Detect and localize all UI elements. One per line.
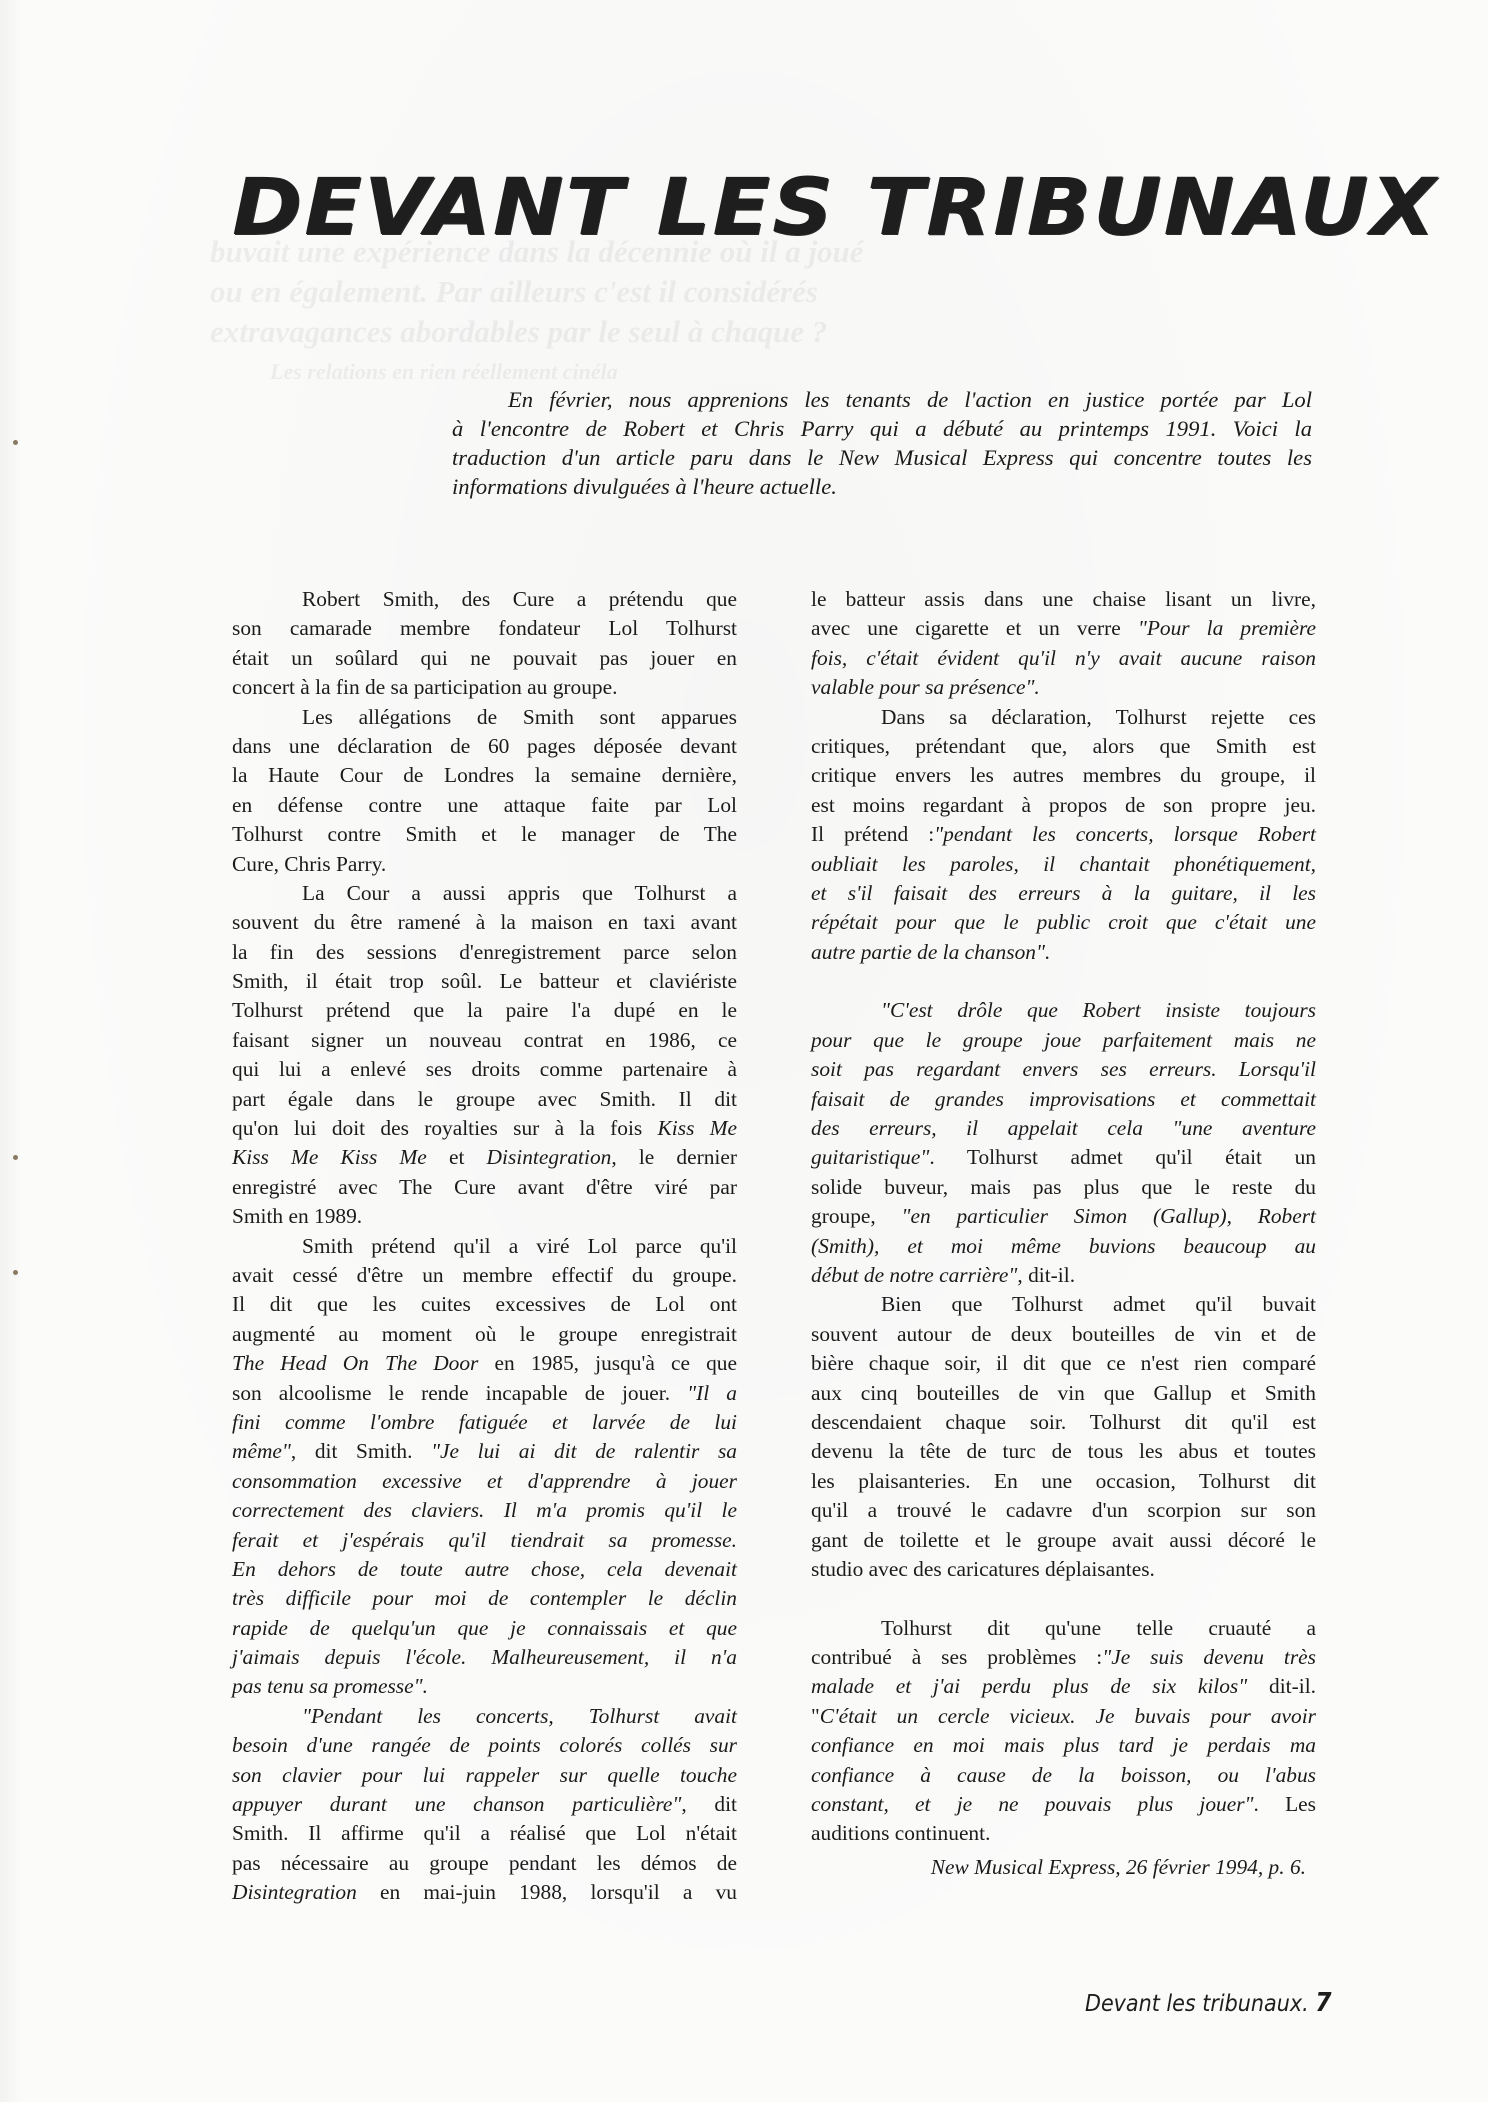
body-text: qu'on lui doit des royalties sur à la fo… (232, 1116, 658, 1140)
body-text: souvent autour de deux bouteilles de vin… (811, 1322, 1316, 1346)
article-line: Il prétend :"pendant les concerts, lorsq… (811, 820, 1316, 849)
intro-line: à l'encontre de Robert et Chris Parry qu… (452, 414, 1312, 443)
article-line: rapide de quelqu'un que je connaissais e… (232, 1614, 737, 1643)
body-text: , le dernier (611, 1145, 737, 1169)
paragraph-gap (811, 1584, 1316, 1613)
article-line: autre partie de la chanson". (811, 938, 1316, 967)
italic-text: faisait de grandes improvisations et com… (811, 1087, 1316, 1111)
italic-text: guitaristique" (811, 1145, 929, 1169)
article-line: son clavier pour lui rappeler sur quelle… (232, 1761, 737, 1790)
article-line: Smith, il était trop soûl. Le batteur et… (232, 967, 737, 996)
article-line: "C'était un cercle vicieux. Je buvais po… (811, 1702, 1316, 1731)
body-text: . Tolhurst admet qu'il était un (929, 1145, 1316, 1169)
article-line: le batteur assis dans une chaise lisant … (811, 585, 1316, 614)
body-text: Smith prétend qu'il a viré Lol parce qu'… (302, 1234, 737, 1258)
footer-section-title: Devant les tribunaux. (1085, 1991, 1309, 2017)
article-line: "Pendant les concerts, Tolhurst avait (232, 1702, 737, 1731)
body-text: Dans sa déclaration, Tolhurst rejette ce… (881, 705, 1316, 729)
italic-text: son clavier pour lui rappeler sur quelle… (232, 1763, 737, 1787)
article-line: besoin d'une rangée de points colorés co… (232, 1731, 737, 1760)
italic-text: (Smith), et moi même buvions beaucoup au (811, 1234, 1316, 1258)
article-line: et s'il faisait des erreurs à la guitare… (811, 879, 1316, 908)
body-text: en mai-juin 1988, lorsqu'il a vu (357, 1880, 737, 1904)
body-text: groupe, (811, 1204, 902, 1228)
article-line: confiance à cause de la boisson, ou l'ab… (811, 1761, 1316, 1790)
source-citation: New Musical Express, 26 février 1994, p.… (846, 1852, 1306, 1882)
article-line: part égale dans le groupe avec Smith. Il… (232, 1085, 737, 1114)
article-line: solide buveur, mais pas plus que le rest… (811, 1173, 1316, 1202)
body-text: et (427, 1145, 487, 1169)
page-title: DEVANT LES TRIBUNAUX (232, 168, 1420, 248)
body-text: Robert Smith, des Cure a prétendu que (302, 587, 737, 611)
article-line: la Haute Cour de Londres la semaine dern… (232, 761, 737, 790)
article-line: Dans sa déclaration, Tolhurst rejette ce… (811, 703, 1316, 732)
article-line: faisant signer un nouveau contrat en 198… (232, 1026, 737, 1055)
body-text: Bien que Tolhurst admet qu'il buvait (881, 1292, 1316, 1316)
article-line: bière chaque soir, il dit que ce n'est r… (811, 1349, 1316, 1378)
italic-text: début de notre carrière" (811, 1263, 1017, 1287)
body-text: la fin des sessions d'enregistrement par… (232, 940, 737, 964)
italic-text: confiance à cause de la boisson, ou l'ab… (811, 1763, 1316, 1787)
italic-text: C'était un cercle vicieux. Je buvais pou… (820, 1704, 1316, 1728)
italic-text: constant, et je ne pouvais plus jouer" (811, 1792, 1254, 1816)
article-line: souvent autour de deux bouteilles de vin… (811, 1320, 1316, 1349)
italic-text: des erreurs, il appelait cela "une avent… (811, 1116, 1316, 1140)
article-line: Il dit que les cuites excessives de Lol … (232, 1290, 737, 1319)
italic-text: soit pas regardant envers ses erreurs. L… (811, 1057, 1316, 1081)
article-line: Bien que Tolhurst admet qu'il buvait (811, 1290, 1316, 1319)
article-line: Robert Smith, des Cure a prétendu que (232, 585, 737, 614)
body-text: était un soûlard qui ne pouvait pas joue… (232, 646, 737, 670)
body-text: le batteur assis dans une chaise lisant … (811, 587, 1316, 611)
body-text: solide buveur, mais pas plus que le rest… (811, 1175, 1316, 1199)
article-line: soit pas regardant envers ses erreurs. L… (811, 1055, 1316, 1084)
article-line: Tolhurst contre Smith et le manager de T… (232, 820, 737, 849)
italic-text: oubliait les paroles, il chantait phonét… (811, 852, 1316, 876)
article-line: qu'on lui doit des royalties sur à la fo… (232, 1114, 737, 1143)
article-line: son alcoolisme le rende incapable de jou… (232, 1379, 737, 1408)
body-text: , dit (681, 1792, 737, 1816)
italic-text: très difficile pour moi de contempler le… (232, 1586, 737, 1610)
body-text: en 1985, jusqu'à ce que (478, 1351, 737, 1375)
article-line: pas nécessaire au groupe pendant les dém… (232, 1849, 737, 1878)
article-line: valable pour sa présence". (811, 673, 1316, 702)
article-line: Smith en 1989. (232, 1202, 737, 1231)
article-line: devenu la tête de turc de tous les abus … (811, 1437, 1316, 1466)
body-text: augmenté au moment où le groupe enregist… (232, 1322, 737, 1346)
article-line: constant, et je ne pouvais plus jouer". … (811, 1790, 1316, 1819)
body-text: bière chaque soir, il dit que ce n'est r… (811, 1351, 1316, 1375)
italic-text: En dehors de toute autre chose, cela dev… (232, 1557, 737, 1581)
italic-text: et s'il faisait des erreurs à la guitare… (811, 881, 1316, 905)
body-text: Il prétend : (811, 822, 934, 846)
article-line: même", dit Smith. "Je lui ai dit de rale… (232, 1437, 737, 1466)
bleed-through-line: extravagances abordables par le seul à c… (210, 312, 1310, 352)
body-text: , dit-il. (1017, 1263, 1075, 1287)
article-line: qui lui a enlevé ses droits comme parten… (232, 1055, 737, 1084)
body-text: Cure, Chris Parry. (232, 852, 386, 876)
italic-text: confiance en moi mais plus tard je perda… (811, 1733, 1316, 1757)
article-line: qu'il a trouvé le cadavre d'un scorpion … (811, 1496, 1316, 1525)
article-line: "C'est drôle que Robert insiste toujours (811, 996, 1316, 1025)
italic-text: valable pour sa présence". (811, 675, 1040, 699)
body-text: souvent du être ramené à la maison en ta… (232, 910, 737, 934)
body-text: auditions continuent. (811, 1821, 990, 1845)
article-line: faisait de grandes improvisations et com… (811, 1085, 1316, 1114)
article-line: guitaristique". Tolhurst admet qu'il éta… (811, 1143, 1316, 1172)
article-line: contribué à ses problèmes :"Je suis deve… (811, 1643, 1316, 1672)
margin-mark (13, 1155, 18, 1160)
article-line: est moins regardant à propos de son prop… (811, 791, 1316, 820)
intro-paragraph: En février, nous apprenions les tenants … (452, 385, 1312, 501)
body-text: faisant signer un nouveau contrat en 198… (232, 1028, 737, 1052)
italic-text: Kiss Me (658, 1116, 737, 1140)
article-line: Smith prétend qu'il a viré Lol parce qu'… (232, 1232, 737, 1261)
body-text: avait cessé d'être un membre effectif du… (232, 1263, 737, 1287)
article-line: dans une déclaration de 60 pages déposée… (232, 732, 737, 761)
article-line: The Head On The Door en 1985, jusqu'à ce… (232, 1349, 737, 1378)
italic-text: j'aimais depuis l'école. Malheureusement… (232, 1645, 737, 1669)
article-line: aux cinq bouteilles de vin que Gallup et… (811, 1379, 1316, 1408)
italic-text: pas tenu sa promesse". (232, 1674, 428, 1698)
article-line: en défense contre une attaque faite par … (232, 791, 737, 820)
article-line: Kiss Me Kiss Me et Disintegration, le de… (232, 1143, 737, 1172)
article-line: fini comme l'ombre fatiguée et larvée de… (232, 1408, 737, 1437)
body-text: Smith. Il affirme qu'il a réalisé que Lo… (232, 1821, 737, 1845)
body-text: son alcoolisme le rende incapable de jou… (232, 1381, 687, 1405)
article-line: son camarade membre fondateur Lol Tolhur… (232, 614, 737, 643)
page-footer: Devant les tribunaux. 7 (1085, 1988, 1310, 2028)
body-text: Smith en 1989. (232, 1204, 362, 1228)
italic-text: rapide de quelqu'un que je connaissais e… (232, 1616, 737, 1640)
article-line: avec une cigarette et un verre "Pour la … (811, 614, 1316, 643)
article-line: souvent du être ramené à la maison en ta… (232, 908, 737, 937)
article-line: les plaisanteries. En une occasion, Tolh… (811, 1467, 1316, 1496)
body-text: studio avec des caricatures déplaisantes… (811, 1557, 1155, 1581)
article-line: correctement des claviers. Il m'a promis… (232, 1496, 737, 1525)
italic-text: même" (232, 1439, 291, 1463)
paragraph-gap (811, 967, 1316, 996)
body-text: gant de toilette et le groupe avait auss… (811, 1528, 1316, 1552)
body-text: descendaient chaque soir. Tolhurst dit q… (811, 1410, 1316, 1434)
body-text: " (811, 1704, 820, 1728)
italic-text: "Je suis devenu très (1102, 1645, 1316, 1669)
bleed-through-line: ou en également. Par ailleurs c'est il c… (210, 272, 1310, 312)
body-text: aux cinq bouteilles de vin que Gallup et… (811, 1381, 1316, 1405)
article-line: gant de toilette et le groupe avait auss… (811, 1526, 1316, 1555)
italic-text: "Il a (687, 1381, 737, 1405)
article-line: des erreurs, il appelait cela "une avent… (811, 1114, 1316, 1143)
body-text: avec une cigarette et un verre (811, 616, 1138, 640)
article-line: était un soûlard qui ne pouvait pas joue… (232, 644, 737, 673)
article-line: critiques, prétendant que, alors que Smi… (811, 732, 1316, 761)
italic-text: autre partie de la chanson". (811, 940, 1050, 964)
body-text: Il dit que les cuites excessives de Lol … (232, 1292, 737, 1316)
body-text: qui lui a enlevé ses droits comme parten… (232, 1057, 737, 1081)
bleed-through-text: buvait une expérience dans la décennie o… (210, 232, 1310, 392)
article-line: Tolhurst dit qu'une telle cruauté a (811, 1614, 1316, 1643)
article-column-left: Robert Smith, des Cure a prétendu queson… (232, 585, 737, 1908)
italic-text: pour que le groupe joue parfaitement mai… (811, 1028, 1316, 1052)
body-text: . Les (1254, 1792, 1316, 1816)
intro-line: traduction d'un article paru dans le New… (452, 443, 1312, 472)
body-text: dit-il. (1247, 1674, 1316, 1698)
article-line: concert à la fin de sa participation au … (232, 673, 737, 702)
article-line: groupe, "en particulier Simon (Gallup), … (811, 1202, 1316, 1231)
italic-text: "Pour la première (1138, 616, 1316, 640)
body-text: Tolhurst contre Smith et le manager de T… (232, 822, 737, 846)
italic-text: consommation excessive et d'apprendre à … (232, 1469, 737, 1493)
article-line: critique envers les autres membres du gr… (811, 761, 1316, 790)
italic-text: The Head On The Door (232, 1351, 478, 1375)
italic-text: ferait et j'espérais qu'il tiendrait sa … (232, 1528, 737, 1552)
italic-text: Disintegration (232, 1880, 357, 1904)
article-column-right: le batteur assis dans une chaise lisant … (811, 585, 1316, 1849)
article-line: augmenté au moment où le groupe enregist… (232, 1320, 737, 1349)
body-text: part égale dans le groupe avec Smith. Il… (232, 1087, 737, 1111)
body-text: Smith, il était trop soûl. Le batteur et… (232, 969, 737, 993)
body-text: critiques, prétendant que, alors que Smi… (811, 734, 1316, 758)
italic-text: correctement des claviers. Il m'a promis… (232, 1498, 737, 1522)
italic-text: "en particulier Simon (Gallup), Robert (902, 1204, 1316, 1228)
article-line: La Cour a aussi appris que Tolhurst a (232, 879, 737, 908)
italic-text: Disintegration (487, 1145, 612, 1169)
article-line: la fin des sessions d'enregistrement par… (232, 938, 737, 967)
body-text: la Haute Cour de Londres la semaine dern… (232, 763, 737, 787)
italic-text: "Pendant les concerts, Tolhurst avait (302, 1704, 737, 1728)
article-line: Les allégations de Smith sont apparues (232, 703, 737, 732)
body-text: contribué à ses problèmes : (811, 1645, 1102, 1669)
article-line: consommation excessive et d'apprendre à … (232, 1467, 737, 1496)
body-text: pas nécessaire au groupe pendant les dém… (232, 1851, 737, 1875)
body-text: La Cour a aussi appris que Tolhurst a (302, 881, 737, 905)
article-line: auditions continuent. (811, 1819, 1316, 1848)
article-line: appuyer durant une chanson particulière"… (232, 1790, 737, 1819)
body-text: enregistré avec The Cure avant d'être vi… (232, 1175, 737, 1199)
article-line: j'aimais depuis l'école. Malheureusement… (232, 1643, 737, 1672)
page-number: 7 (1315, 1988, 1331, 2018)
article-line: Smith. Il affirme qu'il a réalisé que Lo… (232, 1819, 737, 1848)
intro-line: En février, nous apprenions les tenants … (452, 385, 1312, 414)
body-text: critique envers les autres membres du gr… (811, 763, 1316, 787)
italic-text: malade et j'ai perdu plus de six kilos" (811, 1674, 1247, 1698)
article-line: malade et j'ai perdu plus de six kilos" … (811, 1672, 1316, 1701)
article-line: enregistré avec The Cure avant d'être vi… (232, 1173, 737, 1202)
body-text: Tolhurst dit qu'une telle cruauté a (881, 1616, 1316, 1640)
article-line: En dehors de toute autre chose, cela dev… (232, 1555, 737, 1584)
italic-text: fois, c'était évident qu'il n'y avait au… (811, 646, 1316, 670)
body-text: est moins regardant à propos de son prop… (811, 793, 1316, 817)
italic-text: besoin d'une rangée de points colorés co… (232, 1733, 737, 1757)
intro-line: informations divulguées à l'heure actuel… (452, 472, 1312, 501)
article-line: ferait et j'espérais qu'il tiendrait sa … (232, 1526, 737, 1555)
body-text: son camarade membre fondateur Lol Tolhur… (232, 616, 737, 640)
margin-mark (13, 1270, 18, 1275)
article-line: Disintegration en mai-juin 1988, lorsqu'… (232, 1878, 737, 1907)
body-text: , dit Smith. (291, 1439, 431, 1463)
body-text: Tolhurst prétend que la paire l'a dupé e… (232, 998, 737, 1022)
article-line: début de notre carrière", dit-il. (811, 1261, 1316, 1290)
margin-mark (13, 440, 18, 445)
body-text: dans une déclaration de 60 pages déposée… (232, 734, 737, 758)
body-text: les plaisanteries. En une occasion, Tolh… (811, 1469, 1316, 1493)
article-line: descendaient chaque soir. Tolhurst dit q… (811, 1408, 1316, 1437)
italic-text: répétait pour que le public croit que c'… (811, 910, 1316, 934)
article-line: Tolhurst prétend que la paire l'a dupé e… (232, 996, 737, 1025)
body-text: qu'il a trouvé le cadavre d'un scorpion … (811, 1498, 1316, 1522)
article-line: fois, c'était évident qu'il n'y avait au… (811, 644, 1316, 673)
body-text: devenu la tête de turc de tous les abus … (811, 1439, 1316, 1463)
body-text: concert à la fin de sa participation au … (232, 675, 617, 699)
article-line: répétait pour que le public croit que c'… (811, 908, 1316, 937)
italic-text: "pendant les concerts, lorsque Robert (934, 822, 1316, 846)
article-line: Cure, Chris Parry. (232, 850, 737, 879)
italic-text: fini comme l'ombre fatiguée et larvée de… (232, 1410, 737, 1434)
article-line: pour que le groupe joue parfaitement mai… (811, 1026, 1316, 1055)
article-line: (Smith), et moi même buvions beaucoup au (811, 1232, 1316, 1261)
body-text: en défense contre une attaque faite par … (232, 793, 737, 817)
italic-text: Kiss Me Kiss Me (232, 1145, 427, 1169)
italic-text: "C'est drôle que Robert insiste toujours (881, 998, 1316, 1022)
article-line: confiance en moi mais plus tard je perda… (811, 1731, 1316, 1760)
body-text: Les allégations de Smith sont apparues (302, 705, 737, 729)
article-line: studio avec des caricatures déplaisantes… (811, 1555, 1316, 1584)
article-line: très difficile pour moi de contempler le… (232, 1584, 737, 1613)
article-line: avait cessé d'être un membre effectif du… (232, 1261, 737, 1290)
article-line: oubliait les paroles, il chantait phonét… (811, 850, 1316, 879)
article-line: pas tenu sa promesse". (232, 1672, 737, 1701)
italic-text: appuyer durant une chanson particulière" (232, 1792, 681, 1816)
italic-text: "Je lui ai dit de ralentir sa (431, 1439, 737, 1463)
